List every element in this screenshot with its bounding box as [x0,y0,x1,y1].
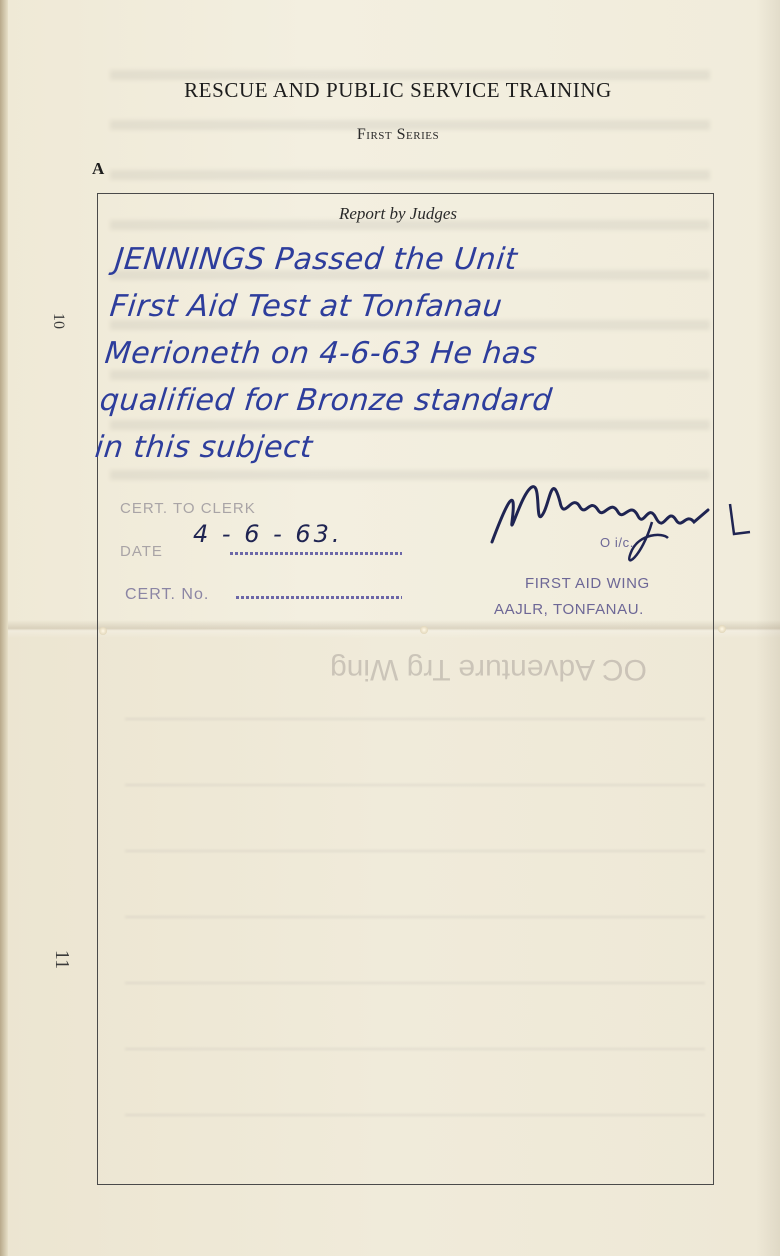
staple-hole [718,625,726,633]
signature-icon [472,462,762,572]
date-label-faint: DATE [120,543,163,560]
document-title: RESCUE AND PUBLIC SERVICE TRAINING [0,78,780,103]
staple-hole [420,626,428,634]
cert-no-label: CERT. No. [125,586,209,604]
handwritten-line: JENNINGS Passed the Unit [112,236,717,283]
handwritten-line: Merioneth on 4-6-63 He has [103,330,708,377]
handwritten-line: qualified for Bronze standard [98,377,703,424]
page-number-bottom: 11 [50,950,73,969]
handwritten-date: 4 - 6 - 63. [193,520,343,548]
stamp-line-1: FIRST AID WING [525,575,650,592]
binding-edge [0,0,8,1256]
cert-no-dotted-line [236,596,402,599]
handwritten-report: JENNINGS Passed the Unit First Aid Test … [93,236,718,471]
page-number-top: 10 [49,313,67,329]
stamp-officer: O i/c. [600,535,634,550]
cert-label-faint: CERT. TO CLERK [120,500,256,517]
stamp-line-2: AAJLR, TONFANAU. [494,601,644,618]
page-edge-shadow [756,0,780,1256]
handwritten-line: First Aid Test at Tonfanau [107,283,712,330]
staple-hole [99,627,107,635]
date-dotted-line [230,552,402,555]
report-heading: Report by Judges [0,204,780,224]
section-letter: A [92,159,104,179]
document-subtitle: First Series [0,126,780,144]
